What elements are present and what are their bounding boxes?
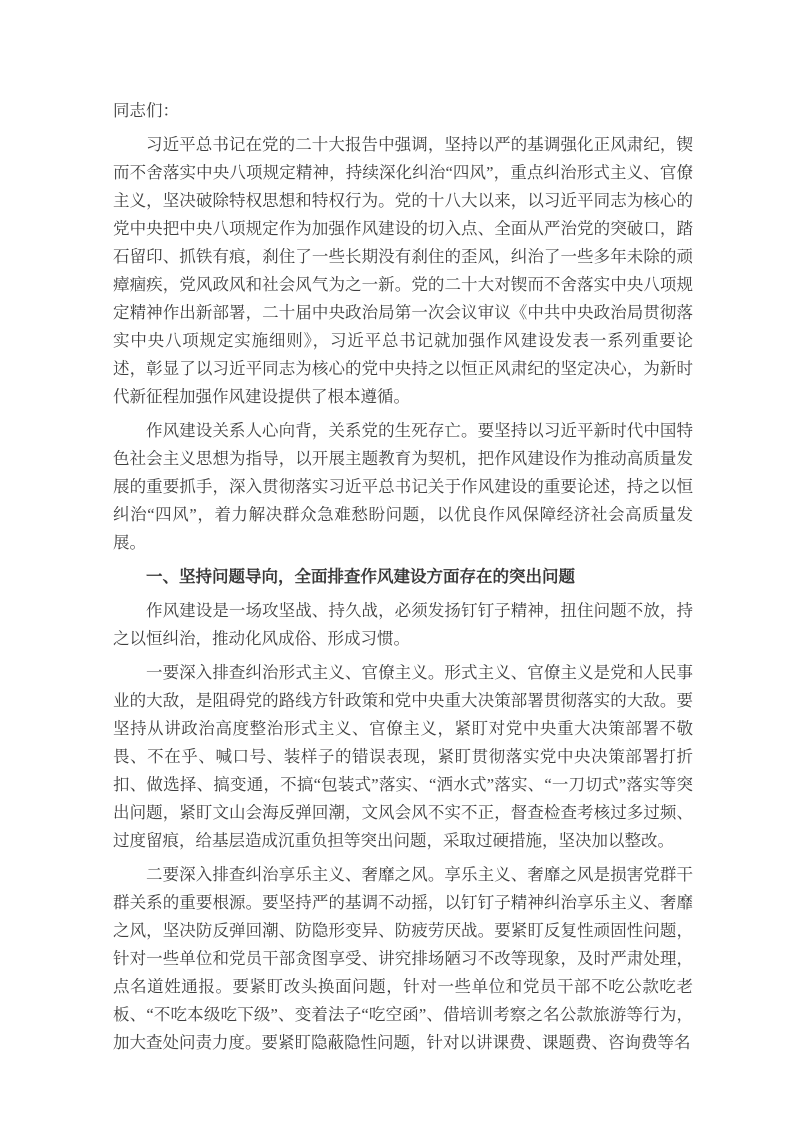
section-heading-1: 一、坚持问题导向，全面排查作风建设方面存在的突出问题 bbox=[113, 563, 693, 591]
paragraph-point-2: 二要深入排查纠治享乐主义、奢靡之风。享乐主义、奢靡之风是损害党群干群关系的重要根… bbox=[113, 861, 693, 1057]
paragraph-point-1: 一要深入排查纠治形式主义、官僚主义。形式主义、官僚主义是党和人民事业的大敌，是阻… bbox=[113, 659, 693, 855]
paragraph-section1-lead: 作风建设是一场攻坚战、持久战，必须发扬钉钉子精神，扭住问题不放，持之以恒纠治，推… bbox=[113, 597, 693, 653]
paragraph-intro-2: 作风建设关系人心向背，关系党的生死存亡。要坚持以习近平新时代中国特色社会主义思想… bbox=[113, 417, 693, 557]
document-page: 同志们： 习近平总书记在党的二十大报告中强调，坚持以严的基调强化正风肃纪，锲而不… bbox=[0, 0, 793, 1122]
paragraph-intro-1: 习近平总书记在党的二十大报告中强调，坚持以严的基调强化正风肃纪，锲而不舍落实中央… bbox=[113, 131, 693, 411]
salutation-line: 同志们： bbox=[113, 97, 693, 125]
